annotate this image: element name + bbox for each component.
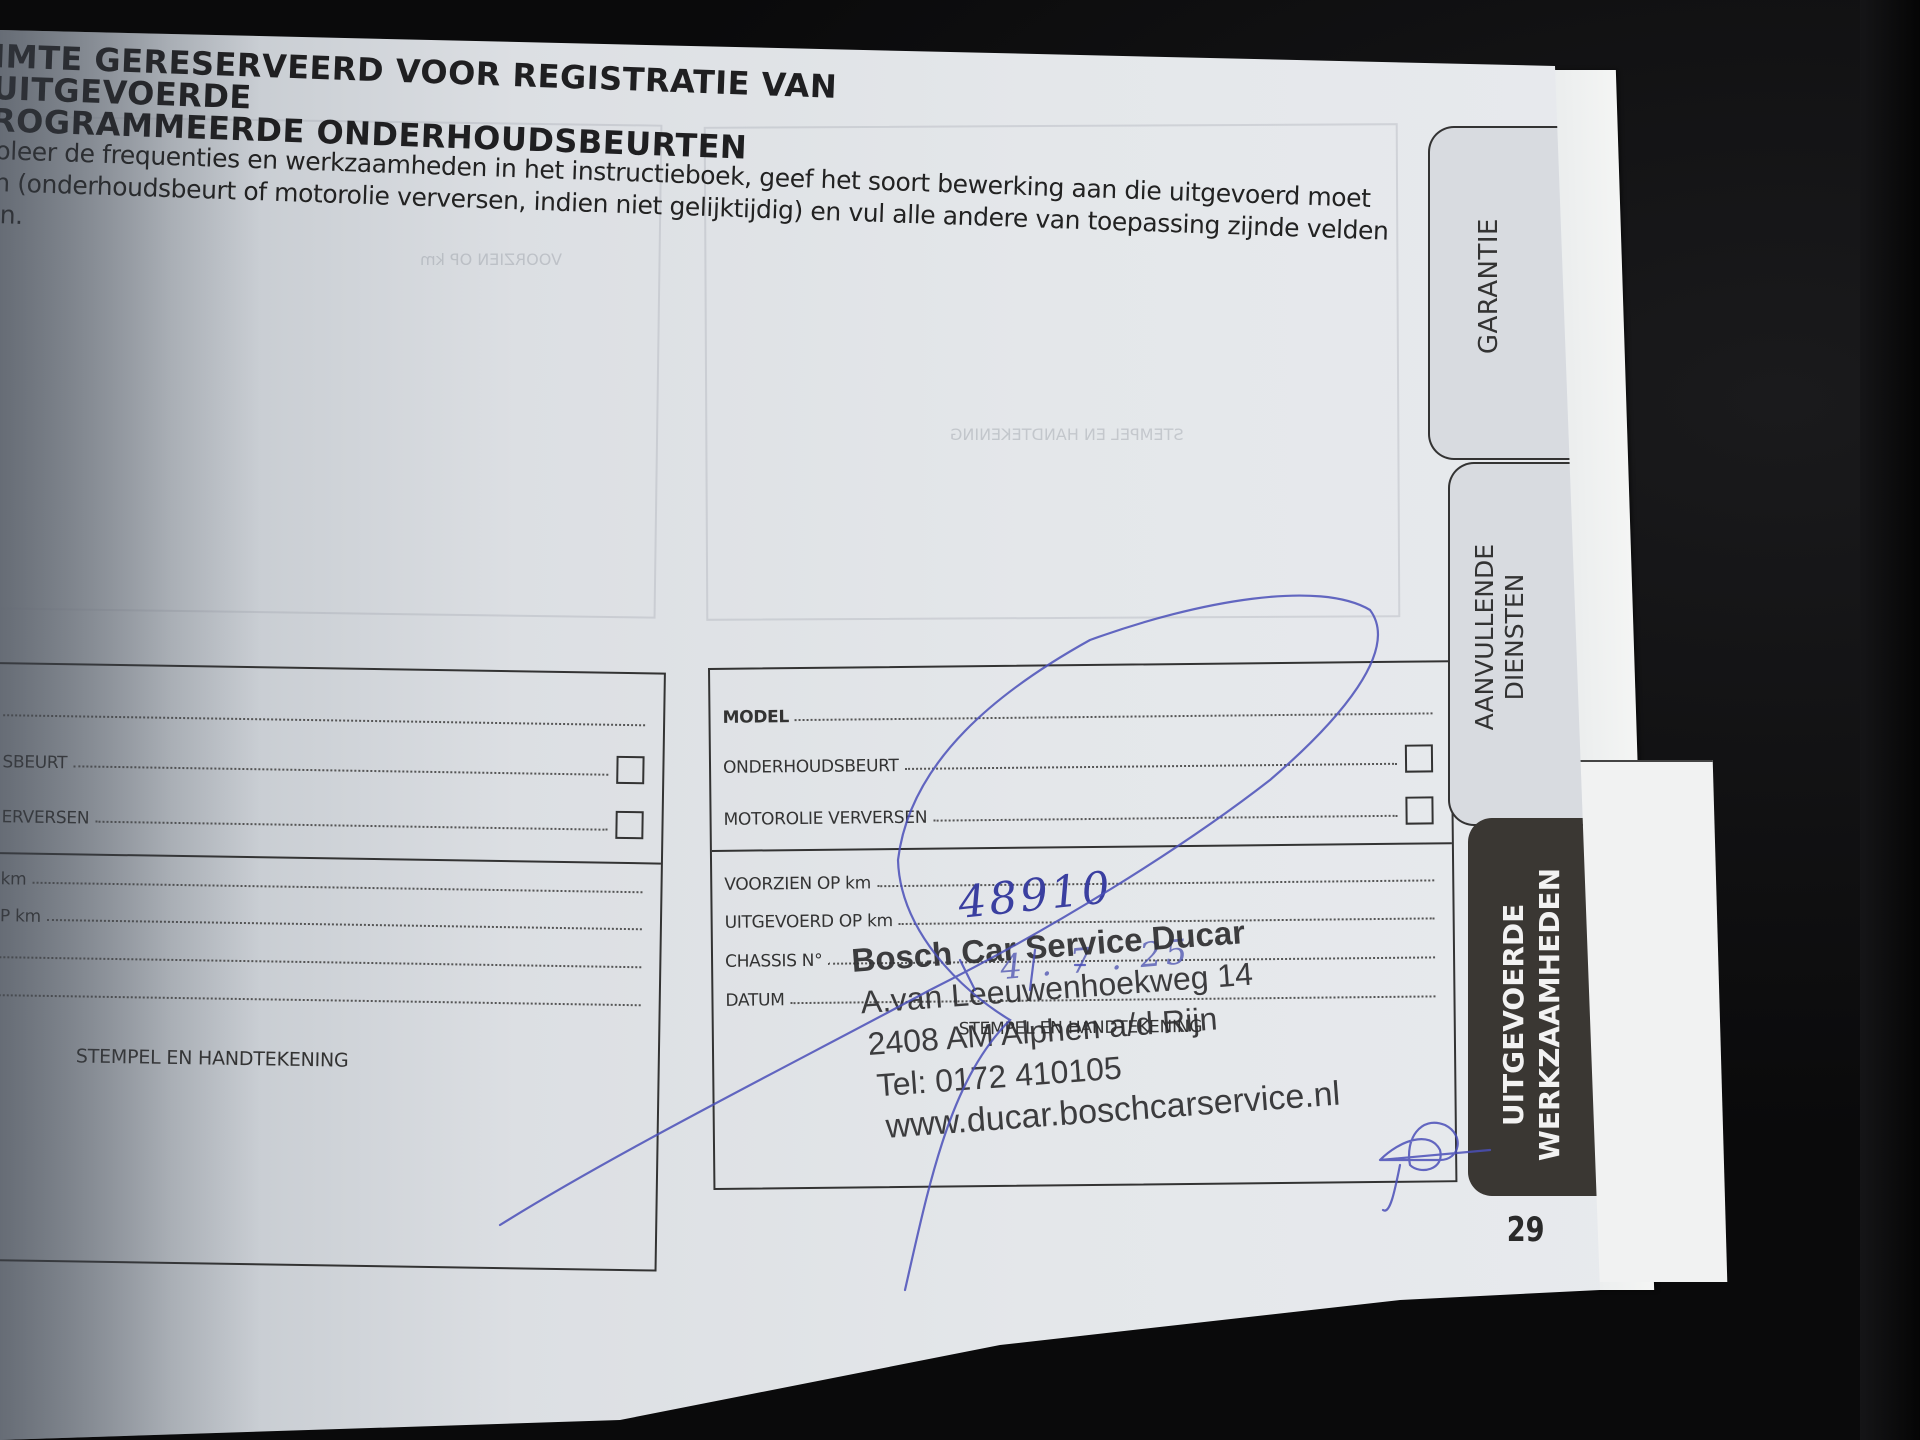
booklet-page: VOORZIEN OP km STEMPEL EN HANDTEKENING I…	[0, 0, 1720, 1440]
model-label: MODEL	[722, 707, 795, 728]
model-field[interactable]: MODEL	[722, 690, 1432, 727]
uitgevoerd-label: UITGEVOERD OP km	[725, 911, 899, 933]
tab-label-line: WERKZAAMHEDEN	[1533, 868, 1566, 1161]
motorolie-field: ERVERSEN	[1, 797, 643, 837]
tab-label-line: AANVULLENDE	[1470, 544, 1499, 730]
onderhoudsbeurt-checkbox[interactable]	[1405, 744, 1433, 772]
voorzien-field[interactable]: km	[0, 859, 642, 899]
uitgevoerd-label: P km	[0, 906, 47, 927]
motorolie-label: MOTOROLIE VERVERSEN	[723, 808, 933, 830]
page-number: 29	[1507, 1210, 1545, 1250]
tab-uitgevoerde-werkzaamheden-label: UITGEVOERDE WERKZAAMHEDEN	[1496, 868, 1568, 1161]
dotted-line	[933, 815, 1397, 822]
model-field[interactable]	[3, 692, 645, 732]
tab-label-line: UITGEVOERDE	[1497, 903, 1530, 1125]
tab-aanvullende-diensten-label: AANVULLENDE DIENSTEN	[1470, 544, 1530, 730]
tab-garantie-label: GARANTIE	[1474, 218, 1504, 354]
dotted-line	[95, 821, 607, 831]
carpet-edge	[1860, 0, 1920, 1440]
onderhoudsbeurt-label: ONDERHOUDSBEURT	[723, 756, 905, 778]
motorolie-label: ERVERSEN	[1, 807, 95, 828]
dotted-line	[32, 882, 642, 894]
motorolie-field: MOTOROLIE VERVERSEN	[723, 792, 1433, 829]
voorzien-label: VOORZIEN OP km	[724, 873, 877, 895]
dotted-line	[0, 956, 641, 968]
chassis-field[interactable]	[0, 934, 642, 974]
onderhoudsbeurt-checkbox[interactable]	[616, 756, 644, 784]
divider	[712, 842, 1452, 852]
datum-field[interactable]	[0, 972, 641, 1012]
onderhoudsbeurt-label: SBEURT	[2, 752, 73, 773]
dotted-line	[73, 765, 608, 775]
dotted-line	[905, 763, 1397, 770]
motorolie-checkbox[interactable]	[1405, 796, 1433, 824]
voorzien-label: km	[0, 869, 32, 889]
tab-garantie[interactable]: GARANTIE	[1428, 126, 1580, 460]
datum-label: DATUM	[725, 990, 790, 1011]
uitgevoerd-field[interactable]: P km	[0, 896, 642, 936]
dotted-line	[0, 994, 641, 1006]
dotted-line	[3, 714, 645, 726]
stamp-signature-label: STEMPEL EN HANDTEKENING	[76, 1045, 349, 1071]
dotted-line	[795, 712, 1433, 721]
ghost-text: STEMPEL EN HANDTEKENING	[950, 425, 1184, 444]
ghost-text: VOORZIEN OP km	[420, 250, 562, 269]
onderhoudsbeurt-field: ONDERHOUDSBEURT	[723, 740, 1433, 777]
chassis-label: CHASSIS N°	[725, 951, 829, 972]
dotted-line	[47, 919, 642, 930]
motorolie-checkbox[interactable]	[615, 811, 643, 839]
onderhoudsbeurt-field: SBEURT	[2, 742, 644, 782]
tab-label-line: DIENSTEN	[1500, 574, 1529, 701]
service-record-left: SBEURT ERVERSEN km P km STEMPEL EN HANDT…	[0, 662, 666, 1272]
